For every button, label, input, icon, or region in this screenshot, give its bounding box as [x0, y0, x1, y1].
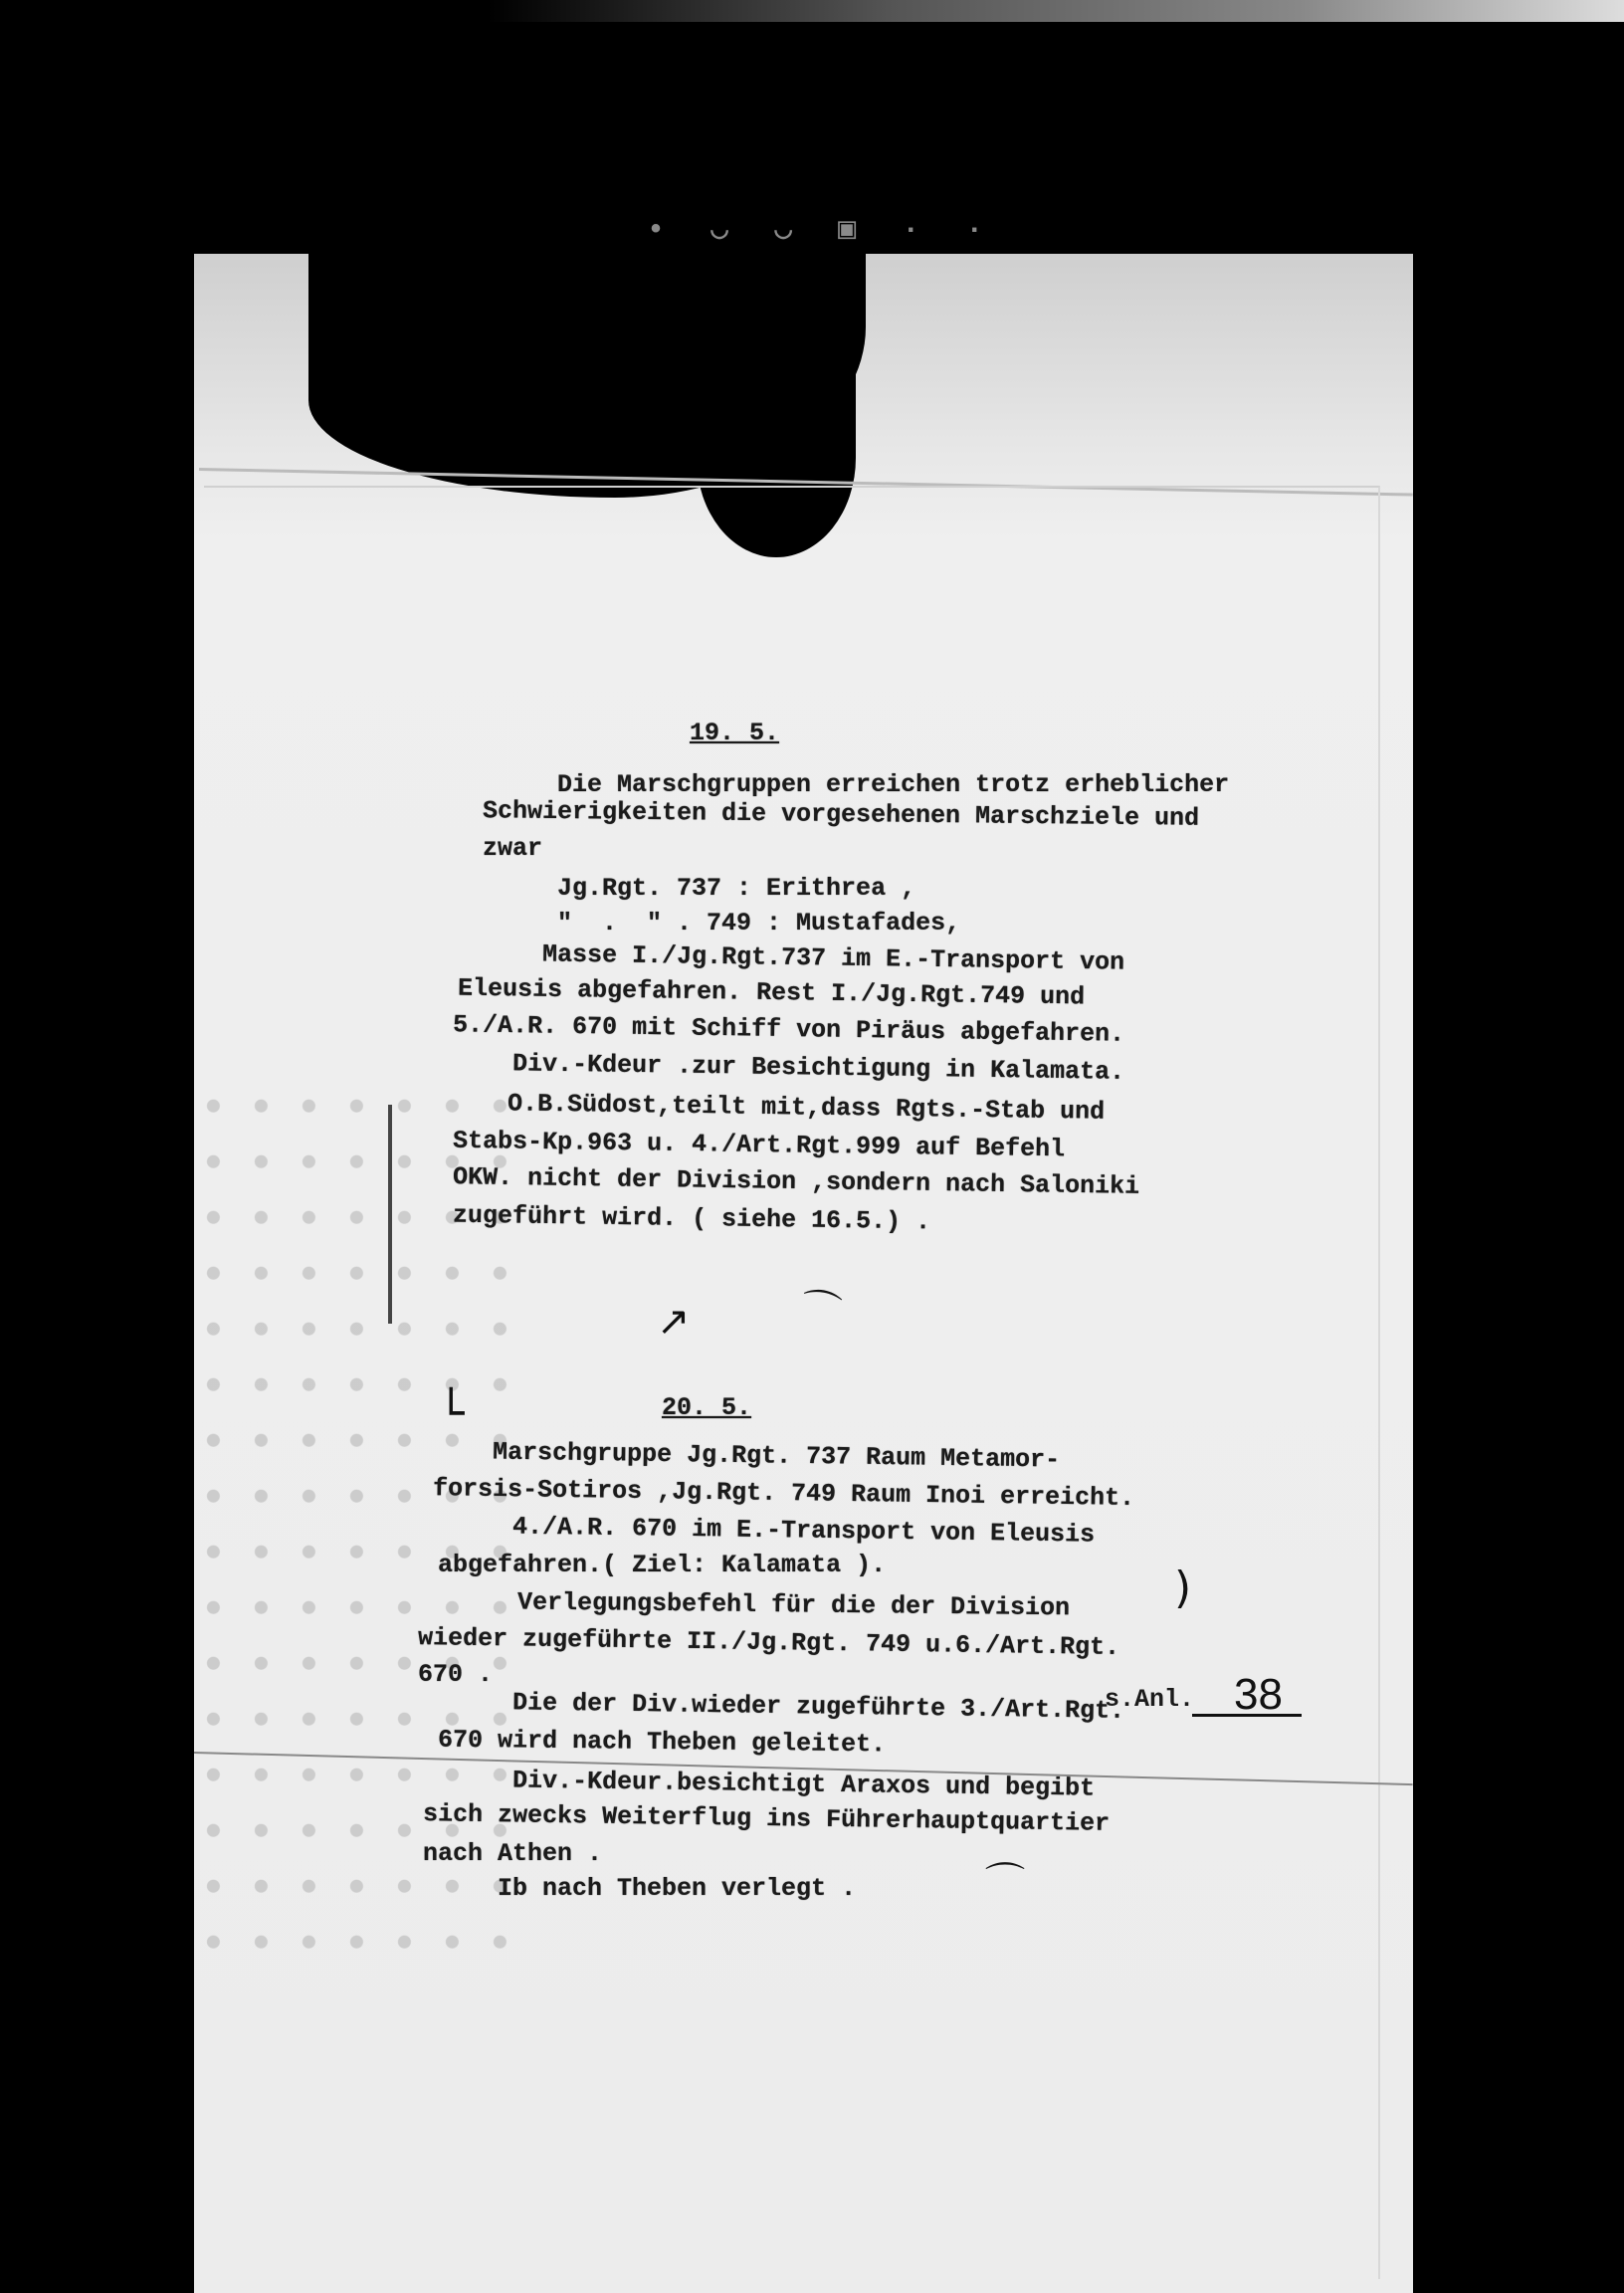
text-line: 670 wird nach Theben geleitet. — [438, 1728, 886, 1758]
entry-date-19-5: 19. 5. — [690, 721, 779, 745]
film-frame-marks: • ◡ ◡ ▣ · · — [647, 211, 997, 248]
film-edge — [0, 0, 1624, 22]
text-line: Ib nach Theben verlegt . — [423, 1876, 856, 1901]
entry-date-20-5: 20. 5. — [662, 1395, 751, 1420]
annex-label: s.Anl. — [1105, 1685, 1194, 1714]
pencil-arrow-mark: ↗ — [657, 1299, 691, 1345]
text-line: Jg.Rgt. 737 : Erithrea , — [483, 876, 915, 901]
film-border-right — [1413, 254, 1624, 2293]
text-line: Die Marschgruppen erreichen trotz erhebl… — [483, 772, 1229, 797]
text-line: zwar — [483, 836, 542, 861]
text-line: " . " . 749 : Mustafades, — [483, 911, 960, 936]
text-line: 670 . — [418, 1662, 493, 1687]
pencil-caret-mark: ⌒ — [985, 1851, 1025, 1908]
text-line: Schwierigkeiten die vorgesehenen Marschz… — [483, 798, 1199, 831]
text-line: Verlegungsbefehl für die der Division — [443, 1589, 1070, 1621]
text-line: abgefahren.( Ziel: Kalamata ). — [438, 1553, 886, 1577]
text-line: zugeführt wird. ( siehe 16.5.) . — [453, 1203, 930, 1235]
pencil-bracket-mark: └ — [438, 1388, 465, 1439]
text-line: nach Athen . — [423, 1841, 602, 1866]
annex-number: 38 — [1234, 1670, 1283, 1720]
margin-mark — [388, 1105, 392, 1324]
pencil-paren-mark: ) — [1174, 1563, 1191, 1613]
